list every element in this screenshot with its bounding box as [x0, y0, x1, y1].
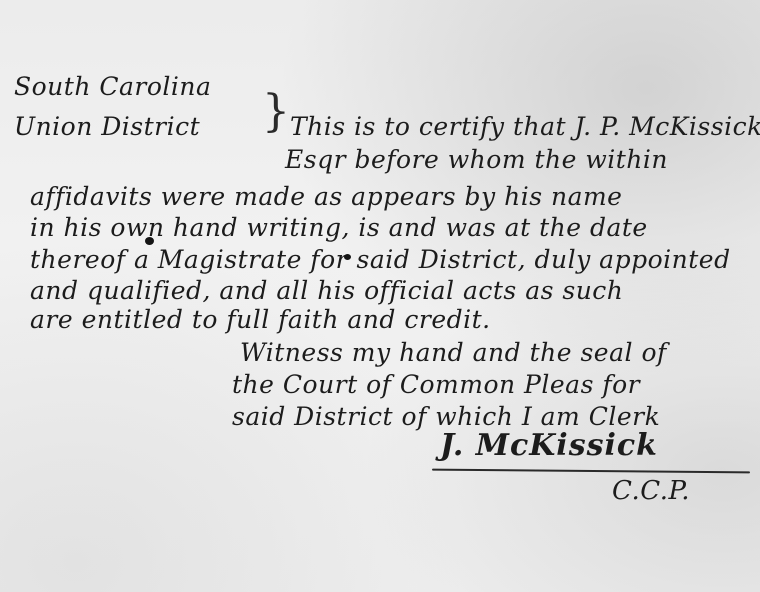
signature-title: C.C.P. — [612, 476, 690, 506]
heading-district: Union District — [14, 112, 200, 141]
attestation-line-3: said District of which I am Clerk — [232, 402, 660, 431]
body-line-1: This is to certify that J. P. McKissick — [290, 112, 760, 141]
body-line-5: thereof a Magistrate for said District, … — [30, 245, 731, 274]
brace-mark: } — [262, 86, 290, 137]
attestation-line-2: the Court of Common Pleas for — [232, 370, 640, 399]
body-line-4: in his own hand writing, is and was at t… — [30, 213, 648, 242]
signature-underline — [432, 469, 750, 474]
ink-blot — [344, 254, 351, 260]
signature: J. McKissick — [440, 428, 658, 463]
document-page: South Carolina Union District } This is … — [0, 0, 760, 592]
body-line-6: and qualified, and all his official acts… — [30, 276, 623, 305]
ink-blot — [145, 237, 154, 245]
body-line-3: affidavits were made as appears by his n… — [30, 182, 622, 211]
heading-state: South Carolina — [14, 72, 211, 101]
body-line-2: Esqr before whom the within — [285, 145, 668, 174]
attestation-line-1: Witness my hand and the seal of — [240, 338, 667, 367]
body-line-7: are entitled to full faith and credit. — [30, 305, 491, 334]
